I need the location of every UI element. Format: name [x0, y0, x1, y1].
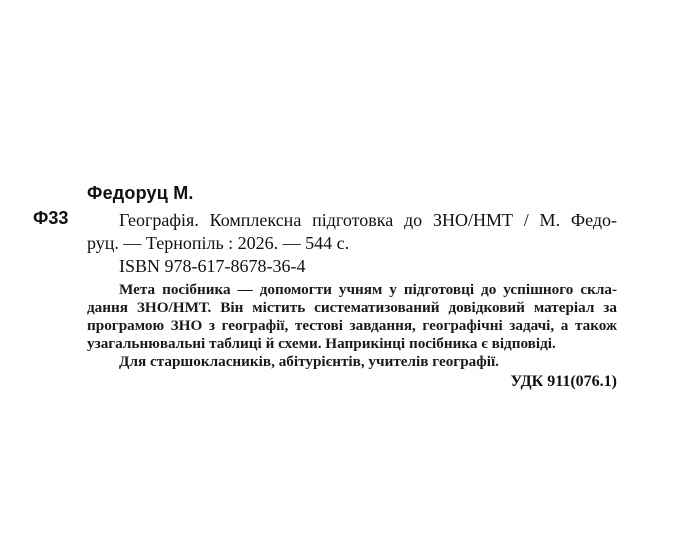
udk-code: УДК 911(076.1) [510, 373, 617, 391]
annotation-line-4: узагальнювальні таблиці й схеми. Наприкі… [87, 335, 617, 353]
title-line-1: Географія. Комплексна підготовка до ЗНО/… [87, 209, 617, 232]
isbn: ISBN 978-617-8678-36-4 [119, 257, 306, 275]
annotation-line-1: Мета посібника — допомогти учням у підго… [87, 281, 617, 299]
classification-code: Ф33 [33, 209, 68, 227]
audience-note: Для старшокласників, абітурієнтів, учите… [87, 353, 617, 371]
title-statement: Географія. Комплексна підготовка до ЗНО/… [87, 209, 617, 255]
annotation: Мета посібника — допомогти учням у підго… [87, 281, 617, 371]
annotation-line-3: програмою ЗНО з географії, тестові завда… [87, 317, 617, 335]
annotation-line-2: дання ЗНО/НМТ. Він містить систематизова… [87, 299, 617, 317]
author-heading: Федоруц М. [87, 184, 194, 202]
title-line-2: руц. — Тернопіль : 2026. — 544 с. [87, 232, 617, 255]
